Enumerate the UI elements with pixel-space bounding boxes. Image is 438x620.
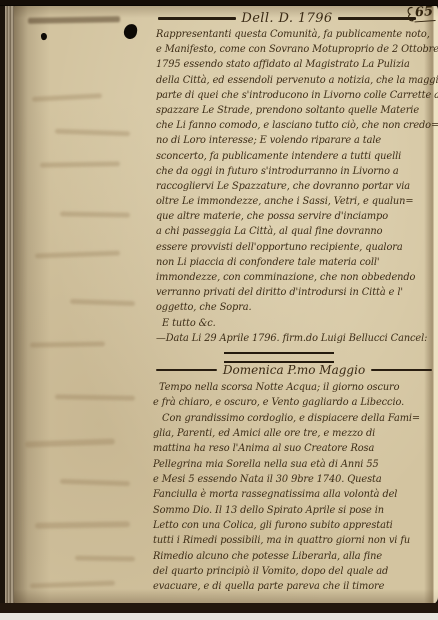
entry-heading-row: Domenica P.mo Maggio: [156, 363, 432, 377]
manuscript-photo: Dell. D. 1796 65 Rappresentanti questa C…: [0, 0, 438, 620]
manuscript-line: spazzare Le Strade, prendono soltanto qu…: [156, 103, 434, 118]
top-cover-edge: [0, 0, 438, 6]
page-fore-edges: [5, 0, 14, 620]
heading-rule-left: [156, 369, 217, 371]
manuscript-line: Con grandissimo cordoglio, e dispiacere …: [153, 411, 434, 426]
manuscript-line: oltre Le immondezze, anche i Sassi, Vetr…: [156, 194, 434, 209]
manuscript-line: no di Loro interesse; E volendo riparare…: [156, 133, 434, 148]
manuscript-line: sconcerto, fa publicamente intendere a t…: [156, 149, 434, 164]
folio-number: 65: [413, 4, 435, 22]
manuscript-line: tutti i Rimedi possibili, ma in quattro …: [153, 533, 434, 548]
manuscript-line: a chi passeggia La Città, al qual fine d…: [156, 224, 434, 239]
scan-background-strip: [0, 613, 438, 620]
manuscript-line: della Città, ed essendoli pervenuto a no…: [156, 73, 434, 88]
manuscript-line: Tempo nella scorsa Notte Acqua; il giorn…: [153, 380, 434, 395]
manuscript-line: glia, Parenti, ed Amici alle ore tre, e …: [153, 426, 434, 441]
manuscript-line: e Manifesto, come con Sovrano Motupropri…: [156, 42, 434, 57]
manuscript-line: non Li piaccia di confondere tale materi…: [156, 255, 434, 270]
manuscript-line: que altre materie, che possa servire d'i…: [156, 209, 434, 224]
manuscript-line: Rimedio alcuno che potesse Liberarla, al…: [153, 549, 434, 564]
entry-april-1796: Rappresentanti questa Comunità, fa publi…: [156, 27, 434, 346]
manuscript-line: oggetto, che Sopra.: [156, 300, 434, 315]
manuscript-line: che Li fanno comodo, e lasciano tutto ci…: [156, 118, 434, 133]
manuscript-line: —Data Li 29 Aprile 1796. firm.do Luigi B…: [156, 331, 434, 346]
manuscript-line: Rappresentanti questa Comunità, fa publi…: [156, 27, 434, 42]
manuscript-line: del quarto principiò il Vomito, dopo del…: [153, 564, 434, 579]
entry-heading: Domenica P.mo Maggio: [217, 363, 371, 377]
page-header: Dell. D. 1796: [158, 11, 416, 26]
manuscript-line: Letto con una Colica, gli furono subito …: [153, 518, 434, 533]
manuscript-line: immondezze, con comminazione, che non ob…: [156, 270, 434, 285]
entry-may-1796: Tempo nella scorsa Notte Acqua; il giorn…: [153, 380, 434, 595]
manuscript-line: mattina ha reso l'Anima al suo Creatore …: [153, 441, 434, 456]
manuscript-line: raccogliervi Le Spazzature, che dovranno…: [156, 179, 434, 194]
manuscript-line: che da oggi in futuro s'introdurranno in…: [156, 164, 434, 179]
manuscript-line: Pellegrina mia Sorella nella sua età di …: [153, 457, 434, 472]
heading-rule-right: [371, 369, 432, 371]
header-rule-left: [158, 17, 236, 19]
bottom-cover-edge: [0, 603, 438, 613]
manuscript-line: 1795 essendo stato affidato al Magistrat…: [156, 57, 434, 72]
bleedthrough-smudge: [75, 555, 135, 561]
manuscript-line: Fanciulla è morta rassegnatissima alla v…: [153, 487, 434, 502]
manuscript-line: E tutto &c.: [156, 316, 434, 331]
manuscript-line: e Mesi 5 essendo Nata il 30 9bre 1740. Q…: [153, 472, 434, 487]
manuscript-line: e frà chiaro, e oscuro, e Vento gagliard…: [153, 395, 434, 410]
page-year-title: Dell. D. 1796: [236, 11, 337, 26]
manuscript-line: parte di quei che s'introducono in Livor…: [156, 88, 434, 103]
folio-badge: 65: [405, 4, 435, 23]
manuscript-line: Sommo Dio. Il 13 dello Spirato Aprile si…: [153, 503, 434, 518]
header-rule-right: [338, 17, 416, 19]
manuscript-line: verranno privati del diritto d'introdurs…: [156, 285, 434, 300]
manuscript-line: evacuare, e di quella parte pareva che i…: [153, 579, 434, 594]
manuscript-line: essere provvisti dell'opportuno recipien…: [156, 240, 434, 255]
entry-divider: [224, 352, 334, 363]
